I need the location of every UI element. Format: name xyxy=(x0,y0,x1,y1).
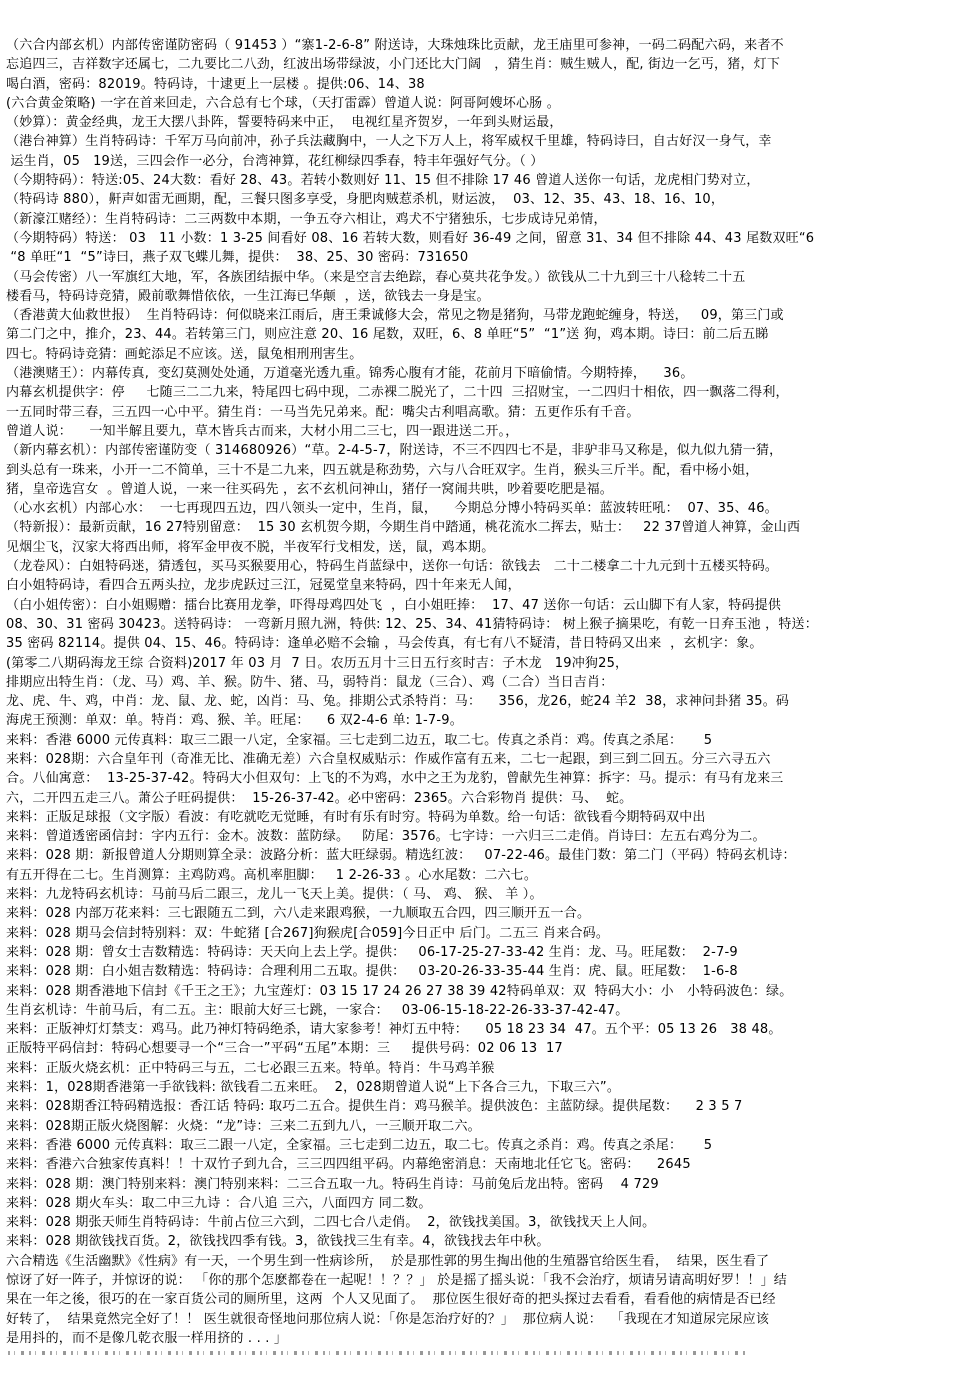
text-line: 龙、虎、牛、鸡，中肖：龙、鼠、龙、蛇，凶肖：马、兔。排期公式杀特肖：马： 356… xyxy=(6,692,974,711)
text-line: 08、30、31 密码 30423。送特码诗： 一弯新月照九洲，特供: 12、2… xyxy=(6,615,974,634)
text-line: “8 单旺“1 “5”诗曰，燕子双飞蝶儿舞，提供： 38、25、30 密码：73… xyxy=(6,248,974,267)
text-line: 第二门之中，推介，23、44。若转第三门，则应注意 20、16 尾数，双旺，6、… xyxy=(6,325,974,344)
text-line: 来料：香港 6000 元传真料：取三二跟一八定，全家福。三七走到二边五，取二七。… xyxy=(6,1136,974,1155)
text-line: 来料：028期正版火烧图解：火烧：“龙”诗：三来二五到九八，一三顺开取二六。 xyxy=(6,1117,974,1136)
text-line: 来料：正版足球报（文字版）看波：有吃就吃无觉睡，有时有乐有时穷。特码为单数。给一… xyxy=(6,808,974,827)
text-line: 来料：028期香江特码精选报：香江话 特码: 取巧二五合。提供生肖：鸡马猴羊。提… xyxy=(6,1097,974,1116)
text-line: 有五开得在二七。生肖测算：主鸡防鸡。高机率胆脚： 1 2-26-33 。心水尾数… xyxy=(6,866,974,885)
text-line: （新濠江赌经）：生肖特码诗：二三两数中本期，一争五夺六相让，鸡犬不宁猪独乐，七步… xyxy=(6,210,974,229)
text-line: 惊讶了好一阵子，并惊讶的说： 「你的那个怎麽都卷在一起呢！！？？」 於是摇了摇头… xyxy=(6,1271,974,1290)
text-line: 是用抖的，而不是像几乾衣服一样用挤的 . . . 」 xyxy=(6,1329,974,1348)
text-line: 白小姐特码诗，看四合五两头拉，龙步虎跃过三江，冠冕堂皇来特码，四十年来无人闻， xyxy=(6,576,974,595)
text-line: （马会传密）八一军旗红大地，军，各族团结振中华。（来是空言去绝踪，春心莫共花争发… xyxy=(6,268,974,287)
text-line: 来料：028 内部万花来料：三七跟随五二到，六八走来跟鸡猴，一九顺取五合四，四三… xyxy=(6,904,974,923)
text-line: 来料：香港六合独家传真料！！十双竹子到九合，三三四四组平码。内幕绝密消息：天南地… xyxy=(6,1155,974,1174)
text-line: 猪，皇帝选宫女 。曾道人说，一来一往买码先 ，玄不玄机问神山，猪仔一窝闹共哄，吵… xyxy=(6,480,974,499)
text-line: 内幕玄机提供字：停 七随三二二九来，特尾四七码中现，二赤裸二脱光了，二十四 三招… xyxy=(6,383,974,402)
text-line: 来料：1，028期香港第一手欲钱料: 欲钱看二五来旺。 2，028期曾道人说“上… xyxy=(6,1078,974,1097)
text-line: 来料：028 期：新报曾道人分期则算全录：波路分析：蓝大旺绿弱。精选红波： 07… xyxy=(6,846,974,865)
text-line: （今期特码）特送： 03 11 小数：1 3-25 间看好 08、16 若转大数… xyxy=(6,229,974,248)
text-line: 来料：028 期欲钱找百货。2，欲钱找四季有钱。3，欲钱找三生有幸。4，欲钱找去… xyxy=(6,1232,974,1251)
text-line: 楼看马，特码诗竞猜，殿前歌舞惜依依，一生江海已华颠 ，送，欲钱去一身是宝。 xyxy=(6,287,974,306)
text-line: (六合黄金策略) 一字在首来回走，六合总有七个球，（天打雷霹）曾道人说：阿哥阿嫂… xyxy=(6,94,974,113)
text-line: （今期特码）：特送:05、24大数：看好 28、43。若转小数则好 11、15 … xyxy=(6,171,974,190)
text-line: （六合内部玄机）内部传密谨防密码（ 91453 ）“寨1-2-6-8” 附送诗，… xyxy=(6,36,974,55)
text-line: 来料：香港 6000 元传真料：取三二跟一八定，全家福。三七走到二边五，取二七。… xyxy=(6,731,974,750)
text-block: （六合内部玄机）内部传密谨防密码（ 91453 ）“寨1-2-6-8” 附送诗，… xyxy=(6,36,974,1348)
text-line: 见烟尘飞，汉家大将西出师，将军金甲夜不脱，半夜军行戈相发，送，鼠，鸡本期。 xyxy=(6,538,974,557)
text-line: 排期应出特生肖：（龙、马）鸡、羊、猴。防牛、猪、马，弱特肖：鼠龙（三合）、鸡（二… xyxy=(6,673,974,692)
text-line: （港台神算）生肖特码诗：千军万马向前冲，孙子兵法藏胸中，一人之下万人上，将军威权… xyxy=(6,132,974,151)
text-line: 运生肖，05 19送，三四会作一必分，台湾神算，花红柳绿四季春，特丰年强好气分。… xyxy=(6,152,974,171)
text-line: 到头总有一珠来，小开一二不简单，三十不是二九来，四五就是称劲势，六与八合旺双字。… xyxy=(6,461,974,480)
text-line: （新内幕玄机）：内部传密谨防变（ 314680926）“草。2-4-5-7，附送… xyxy=(6,441,974,460)
text-line: 六，二开四五走三八。萧公子旺码提供： 15-26-37-42。必中密码：2365… xyxy=(6,789,974,808)
text-line: （港澳赌王）：内幕传真, 变幻莫测处处通，万道毫光透九重。锦秀心腹有才能，花前月… xyxy=(6,364,974,383)
text-line: 曾道人说： 一知半解且要九，草木皆兵古而来，大材小用二三七，四一跟进送二开。， xyxy=(6,422,974,441)
text-line: 来料：028 期张天师生肖特码诗：牛前占位三六到，二四七合八走俏。 2，欲钱找美… xyxy=(6,1213,974,1232)
text-line: 正版特平码信封：特码心想要寻一个“三合一”平码“五尾”本期：三 提供号码：02 … xyxy=(6,1039,974,1058)
text-line: （香港黄大仙救世报） 生肖特码诗：何似晓来江雨后，唐王秉诚修大会，常见之物是猪狗… xyxy=(6,306,974,325)
text-line: 来料：028 期马会信封特别料：双：牛蛇猪 [合267]狗猴虎[合059]今日正… xyxy=(6,924,974,943)
text-line: (第零二八期码海龙王综 合资料)2017 年 03 月 7 日。农历五月十三日五… xyxy=(6,654,974,673)
document-page: （六合内部玄机）内部传密谨防密码（ 91453 ）“寨1-2-6-8” 附送诗，… xyxy=(0,0,976,1388)
text-line: （妙算）：黄金经典，龙王大摆八卦阵，誓要特码来中正， 电视红星齐贺岁，一年到头财… xyxy=(6,113,974,132)
text-line: 来料：028 期香港地下信封《千王之王》；九宝莲灯：03 15 17 24 26… xyxy=(6,982,974,1001)
text-line: 果在一年之後，很巧的在一家百货公司的厕所里，这两 个人又见面了。 那位医生很好奇… xyxy=(6,1290,974,1309)
text-line: 来料：曾道透密函信封：字内五行：金木。波数：蓝防绿。 防尾：3576。七字诗：一… xyxy=(6,827,974,846)
text-line: 喝白酒，密码：82019。特码诗，十逮更上一层楼 。提供:06、14、38 xyxy=(6,75,974,94)
text-line: （白小姐传密）：白小姐赐赠：擂台比赛用龙拳，吓得母鸡四处飞 ，白小姐旺捧： 17… xyxy=(6,596,974,615)
text-line: 四七。特码诗竞猜：画蛇添足不应该。送，鼠兔相刑刑害生。 xyxy=(6,345,974,364)
text-line: 生肖玄机诗：牛前马后，有二五。主：眼前大好三七跳，一家合： 03-06-15-1… xyxy=(6,1001,974,1020)
text-line: （心水玄机）内部心水： 一七再现四五边，四八领头一定中，生肖，鼠， 今期总分博小… xyxy=(6,499,974,518)
text-line: 来料：028期：六合皇年刊（奇准无比、准确无差）六合皇权威贴示：作威作富有五来，… xyxy=(6,750,974,769)
text-line: 35 密码 82114。提供 04、15、46。特码诗：逢单必赔不会输 ，马会传… xyxy=(6,634,974,653)
text-line: 来料：028 期：澳门特别来料：澳门特别来料：二三合五取一九。特码生肖诗：马前兔… xyxy=(6,1175,974,1194)
text-line: 一五同时带三春，三五四一心中平。猜生肖：一马当先兄弟来。配：嘴尖古利唱高歌。猜：… xyxy=(6,403,974,422)
text-line: 来料：正版神灯灯禁支：鸡马。此乃神灯特码绝杀，请大家参考！神灯五中特： 05 1… xyxy=(6,1020,974,1039)
text-line: 来料：028 期：白小姐吉数精选：特码诗：合理利用二五取。提供： 03-20-2… xyxy=(6,962,974,981)
text-line: （龙卷风）：白姐特码迷，猜透包，买马买猴要用心，特码生肖蓝绿中，送你一句话：欲钱… xyxy=(6,557,974,576)
text-line: 好转了， 结果竟然完全好了！！ 医生就很奇怪地问那位病人说：「你是怎治疗好的？」… xyxy=(6,1310,974,1329)
text-line: 来料：正版火烧玄机：正中特码三与五，二七必跟三五来。特单。特肖：牛马鸡羊猴 xyxy=(6,1059,974,1078)
text-line: 六合精选《生活幽默》《性病》有一天，一个男生到一性病诊所， 於是那性郭的男生掏出… xyxy=(6,1252,974,1271)
text-line: 合。八仙寓意： 13-25-37-42。特码大小但双句：上飞的不为鸡，水中之王为… xyxy=(6,769,974,788)
text-line: 来料：028 期火车头：取二中三九诗 ：合八追 三六，八面四方 同二数。 xyxy=(6,1194,974,1213)
text-line: 来料：028 期：曾女士吉数精选：特码诗：天天向上去上学。提供： 06-17-2… xyxy=(6,943,974,962)
text-line: （特新报）：最新贡献，16 27特别留意： 15 30 玄机贺今期，今期生肖中踏… xyxy=(6,518,974,537)
text-line: 海虎王预测：单双：单。特肖：鸡、猴、羊。旺尾： 6 双2-4-6 单: 1-7-… xyxy=(6,711,974,730)
text-line: （特码诗 880），鼾声如雷无画期，配，三餐只图多享受，身肥肉贼惹杀机，财运波，… xyxy=(6,190,974,209)
clipped-bottom-text-line xyxy=(8,1351,748,1355)
text-line: 来料：九龙特码玄机诗：马前马后二跟三，龙儿一飞天上美。提供：（ 马、 鸡、 猴、… xyxy=(6,885,974,904)
text-line: 忘追四三，吉祥数字还属七，二九要比二八劲，红波出场带绿波，小门还比大门阔 ，猜生… xyxy=(6,55,974,74)
